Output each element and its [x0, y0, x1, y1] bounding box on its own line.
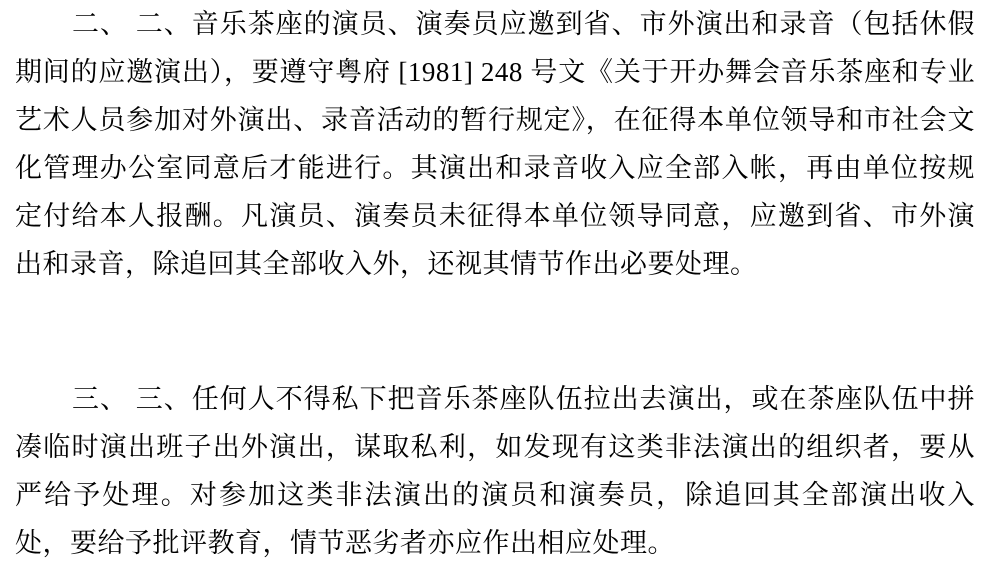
paragraph-item-3: 三、 三、任何人不得私下把音乐茶座队伍拉出去演出，或在茶座队伍中拼凑临时演出班子… — [15, 375, 975, 563]
document-page: 二、 二、音乐茶座的演员、演奏员应邀到省、市外演出和录音（包括休假期间的应邀演出… — [0, 0, 989, 563]
paragraph-item-2: 二、 二、音乐茶座的演员、演奏员应邀到省、市外演出和录音（包括休假期间的应邀演出… — [15, 0, 975, 288]
